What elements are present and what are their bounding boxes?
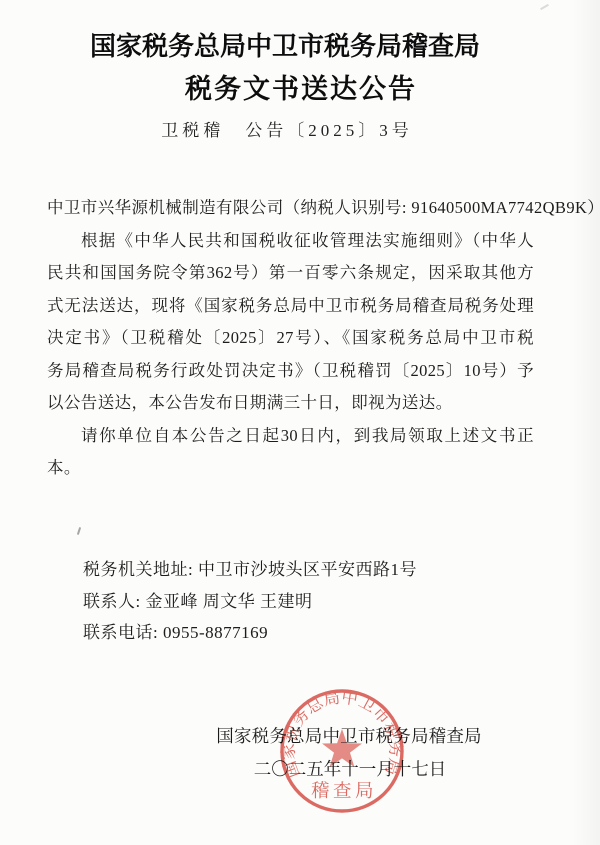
body-text: 中卫市兴华源机械制造有限公司（纳税人识别号: 91640500MA7742QB9…	[47, 192, 552, 485]
body-line: 以公告送达，本公告发布日期满三十日，即视为送达。	[47, 387, 552, 420]
scan-artifact	[540, 4, 549, 10]
red-star-icon	[322, 729, 362, 767]
body-line: 本。	[47, 452, 552, 485]
document-number: 卫税稽 公告〔2025〕3号	[161, 116, 413, 141]
body-line: 务局稽查局税务行政处罚决定书》（卫税稽罚〔2025〕10号）予	[47, 355, 534, 388]
document-title-line2: 税务文书送达公告	[185, 67, 417, 106]
official-seal: 国家税务总局中卫市税务局 稽查局	[277, 686, 407, 816]
scan-artifact	[77, 527, 81, 535]
document-title-line1: 国家税务总局中卫市税务局稽查局	[90, 26, 480, 63]
tax-office-address: 税务机关地址: 中卫市沙坡头区平安西路1号	[83, 554, 417, 586]
addressee-line: 中卫市兴华源机械制造有限公司（纳税人识别号: 91640500MA7742QB9…	[47, 192, 552, 225]
contact-info: 税务机关地址: 中卫市沙坡头区平安西路1号 联系人: 金亚峰 周文华 王建明 联…	[83, 554, 417, 649]
contact-phone: 联系电话: 0955-8877169	[83, 617, 417, 649]
body-line: 民共和国国务院令第362号）第一百零六条规定，因采取其他方	[47, 257, 534, 290]
body-line: 根据《中华人民共和国税收征收管理法实施细则》（中华人	[47, 225, 534, 258]
document-page: 国家税务总局中卫市税务局稽查局 税务文书送达公告 卫税稽 公告〔2025〕3号 …	[0, 0, 600, 845]
body-line: 请你单位自本公告之日起30日内，到我局领取上述文书正	[47, 420, 534, 453]
body-line: 决定书》（卫税稽处〔2025〕27号）、《国家税务总局中卫市税	[47, 322, 534, 355]
body-line: 式无法送达，现将《国家税务总局中卫市税务局稽查局税务处理	[47, 290, 534, 323]
seal-bottom-text: 稽查局	[311, 780, 377, 801]
contact-persons: 联系人: 金亚峰 周文华 王建明	[83, 586, 417, 618]
